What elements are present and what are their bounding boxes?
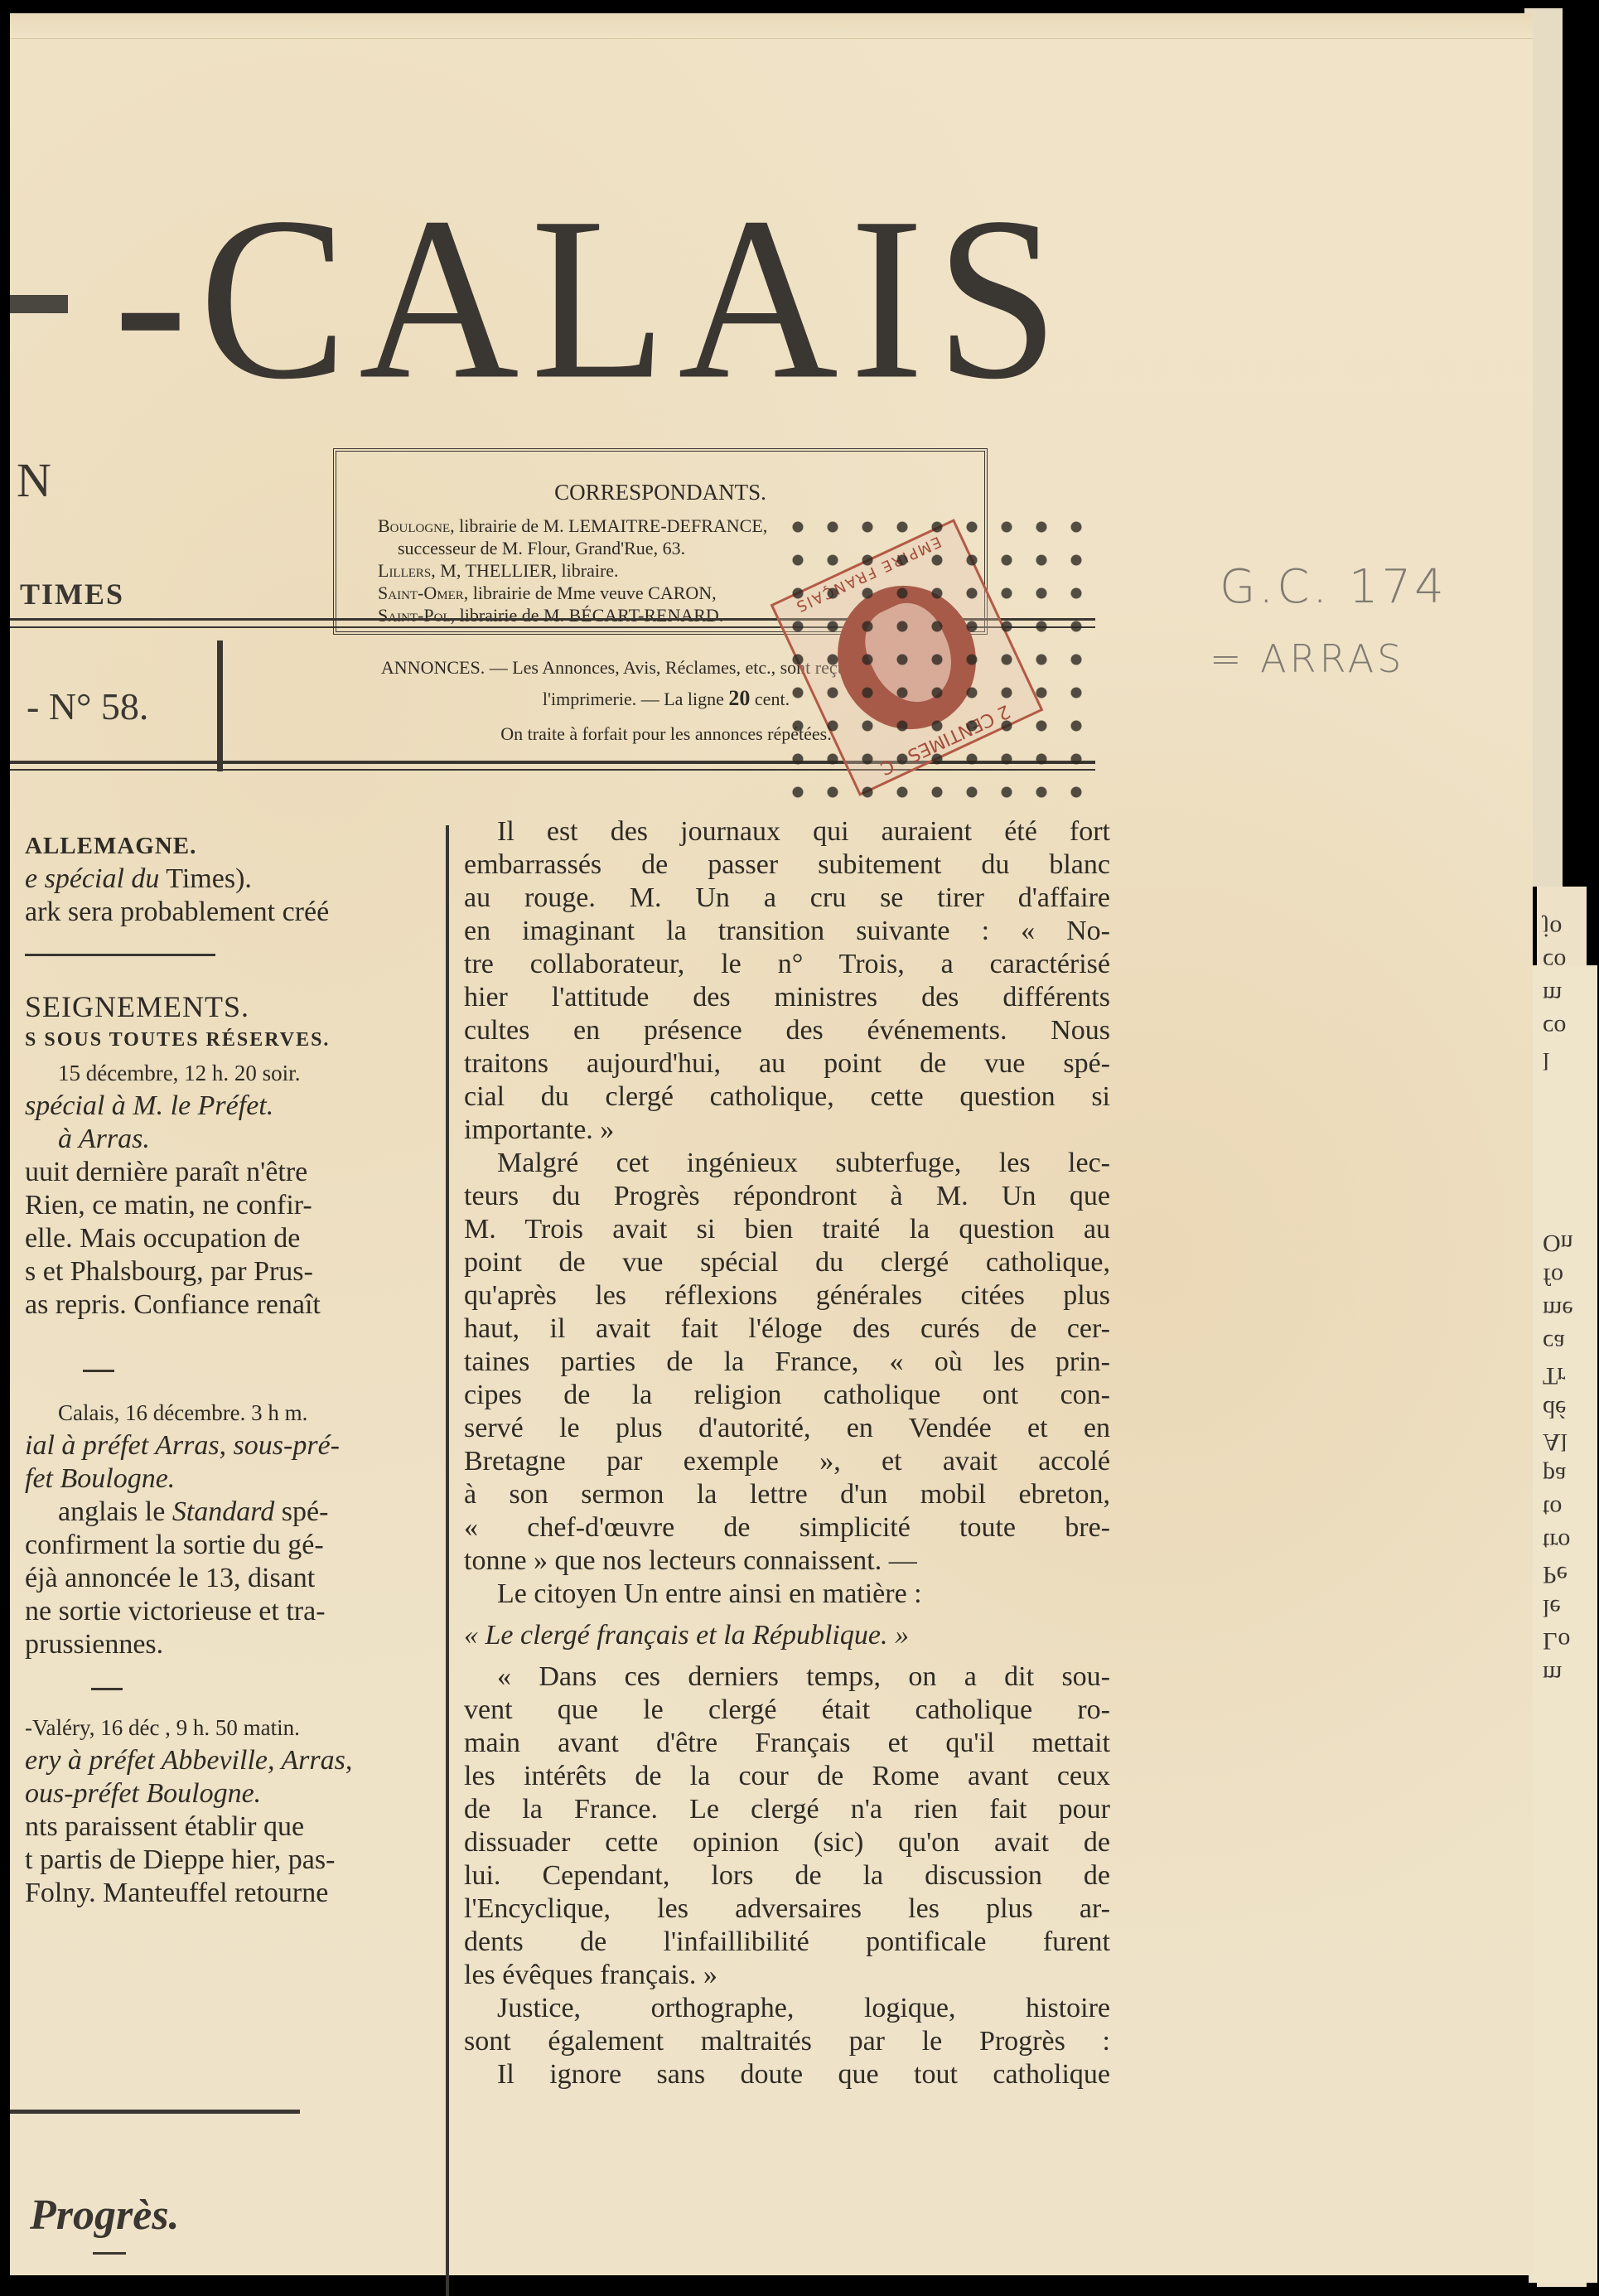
column-divider	[446, 825, 449, 2296]
dash-separator	[93, 2252, 126, 2255]
dateline: -Valéry, 16 déc , 9 h. 50 matin.	[25, 1711, 431, 1744]
text-line: cial du clergé catholique, cette questio…	[464, 1080, 1110, 1114]
text-line: les intérêts de la cour de Rome avant ce…	[464, 1760, 1110, 1793]
section-heading: ALLEMAGNE.	[25, 829, 431, 863]
text-line: teurs du Progrès répondront à M. Un que	[464, 1180, 1110, 1213]
pencil-note-gc: G.C. 174	[1220, 560, 1447, 614]
text-line: de la France. Le clergé n'a rien fait po…	[464, 1793, 1110, 1826]
text-line: Justice, orthographe, logique, histoire	[464, 1992, 1110, 2025]
dash-separator	[25, 1322, 431, 1396]
text-line: point de vue spécial du clergé catholiqu…	[464, 1246, 1110, 1279]
text-line: t partis de Dieppe hier, pas-	[25, 1844, 431, 1877]
text-line: ous-préfet Boulogne.	[25, 1777, 431, 1810]
text-line: ial à préfet Arras, sous-pré-	[25, 1429, 431, 1462]
text-line: l'Encyclique, les adversaires les plus a…	[464, 1892, 1110, 1926]
article-quote-title: « Le clergé français et la République. »	[464, 1619, 1110, 1652]
text-line: confirment la sortie du gé-	[25, 1529, 431, 1562]
text-line: nts paraissent établir que	[25, 1810, 431, 1844]
center-column: Il est des journaux qui auraient été for…	[464, 815, 1110, 2091]
text-line: à son sermon la lettre d'un mobil ebreto…	[464, 1478, 1110, 1511]
text-line: qu'après les réflexions générales citées…	[464, 1279, 1110, 1312]
text-line: taines parties de la France, « où les pr…	[464, 1346, 1110, 1379]
folded-sheet-text-upper: l co m co jo	[1543, 911, 1566, 1077]
annonces-price: 20	[728, 686, 750, 710]
text-line: ery à préfet Abbeville, Arras,	[25, 1744, 431, 1777]
correspondant-line: Saint-Omer, librairie de Mme veuve CARON…	[378, 582, 767, 604]
dotted-cancellation-mark	[780, 510, 1095, 809]
text-line: sont également maltraités par le Progrès…	[464, 2025, 1110, 2058]
correspondant-line: Boulogne, librairie de M. LEMAITRE-DEFRA…	[378, 515, 767, 537]
section-subheading: S SOUS TOUTES RÉSERVES.	[25, 1023, 431, 1056]
text-line: fet Boulogne.	[25, 1462, 431, 1496]
text-line: servé le plus d'autorité, en Vendée et e…	[464, 1412, 1110, 1445]
masthead-title: -CALAIS	[114, 181, 1070, 414]
correspondant-line: Lillers, M, THELLIER, libraire.	[378, 559, 767, 582]
section-rule	[25, 929, 431, 979]
correspondants-heading: CORRESPONDANTS.	[336, 480, 984, 505]
issue-number: - N° 58.	[27, 684, 148, 728]
dash-separator	[25, 1661, 431, 1711]
text-line: Il ignore sans doute que tout catholique	[464, 2058, 1110, 2091]
correspondant-line: Saint-Pol, librairie de M. BÉCART-RENARD…	[378, 604, 767, 626]
text-line: Le citoyen Un entre ainsi en matière :	[464, 1578, 1110, 1611]
text-line: Malgré cet ingénieux subterfuge, les lec…	[464, 1147, 1110, 1180]
text-line: lui. Cependant, lors de la discussion de	[464, 1859, 1110, 1892]
text-line: embarrassés de passer subitement du blan…	[464, 848, 1110, 882]
torn-top-edge	[10, 13, 1533, 39]
newspaper-page: -CALAIS N TIMES - N° 58. CORRESPONDANTS.…	[10, 13, 1533, 2275]
dateline: 15 décembre, 12 h. 20 soir.	[25, 1056, 431, 1090]
text-line: tonne » que nos lecteurs connaissent. —	[464, 1544, 1110, 1578]
text-line: prussiennes.	[25, 1628, 431, 1661]
text-line: M. Trois avait si bien traité la questio…	[464, 1213, 1110, 1246]
section-heading: SEIGNEMENTS.	[25, 990, 431, 1023]
left-column: ALLEMAGNE. e spécial du Times). ark sera…	[25, 829, 431, 1910]
text-line: Rien, ce matin, ne confir-	[25, 1189, 431, 1222]
text-line: dissuader cette opinion (sic) qu'on avai…	[464, 1826, 1110, 1859]
folded-sheet-text-lower: m Lo le Pe tro to pa Al dé Tr ca me fo O…	[1543, 1226, 1573, 1690]
correspondants-list: Boulogne, librairie de M. LEMAITRE-DEFRA…	[378, 515, 767, 626]
text-line: haut, il avait fait l'éloge des curés de…	[464, 1312, 1110, 1346]
text-line: traitons aujourd'hui, au point de vue sp…	[464, 1047, 1110, 1080]
pencil-note-town: = ARRAS	[1210, 636, 1404, 681]
text-line: s et Phalsbourg, par Prus-	[25, 1255, 431, 1288]
text-line: dents de l'infaillibilité pontificale fu…	[464, 1926, 1110, 1959]
text-line: « chef-d'œuvre de simplicité toute bre-	[464, 1511, 1110, 1544]
text-line: uuit dernière paraît n'être	[25, 1156, 431, 1189]
text-line: vent que le clergé était catholique ro-	[464, 1694, 1110, 1727]
text-line: « Dans ces derniers temps, on a dit sou-	[464, 1660, 1110, 1694]
section-end-rule	[10, 2110, 300, 2114]
text-line: au rouge. M. Un a cru se tirer d'affaire	[464, 882, 1110, 915]
text-line: as repris. Confiance renaît	[25, 1288, 431, 1322]
text-line: éjà annoncée le 13, disant	[25, 1562, 431, 1595]
text-line: Il est des journaux qui auraient été for…	[464, 815, 1110, 848]
correspondant-line: successeur de M. Flour, Grand'Rue, 63.	[378, 537, 767, 559]
text-line: spécial à M. le Préfet.	[25, 1090, 431, 1123]
text-line: importante. »	[464, 1114, 1110, 1147]
text-line: ark sera probablement créé	[25, 896, 431, 929]
text-line: Folny. Manteuffel retourne	[25, 1877, 431, 1910]
text-line: cipes de la religion catholique ont con-	[464, 1379, 1110, 1412]
text-line: tre collaborateur, le n° Trois, a caract…	[464, 948, 1110, 981]
text-line: hier l'attitude des ministres des différ…	[464, 981, 1110, 1014]
masthead-dash	[10, 295, 68, 313]
text-line: Bretagne par exemple », et avait accolé	[464, 1445, 1110, 1478]
text-line: à Arras.	[25, 1123, 431, 1156]
text-line: ne sortie victorieuse et tra-	[25, 1595, 431, 1628]
text-line: cultes en présence des événements. Nous	[464, 1014, 1110, 1047]
progres-heading: Progrès.	[30, 2191, 180, 2240]
text-line: les évêques français. »	[464, 1959, 1110, 1992]
text-line: en imaginant la transition suivante : « …	[464, 915, 1110, 948]
text-line: elle. Mais occupation de	[25, 1222, 431, 1255]
dateline: Calais, 16 décembre. 3 h m.	[25, 1396, 431, 1429]
text-line: main avant d'être Français et qu'il mett…	[464, 1727, 1110, 1760]
text-line: e spécial du Times).	[25, 863, 431, 896]
masthead-fragment-n: N	[17, 452, 51, 508]
text-line: anglais le Standard spé-	[25, 1496, 431, 1529]
masthead-fragment-times: TIMES	[20, 577, 124, 611]
